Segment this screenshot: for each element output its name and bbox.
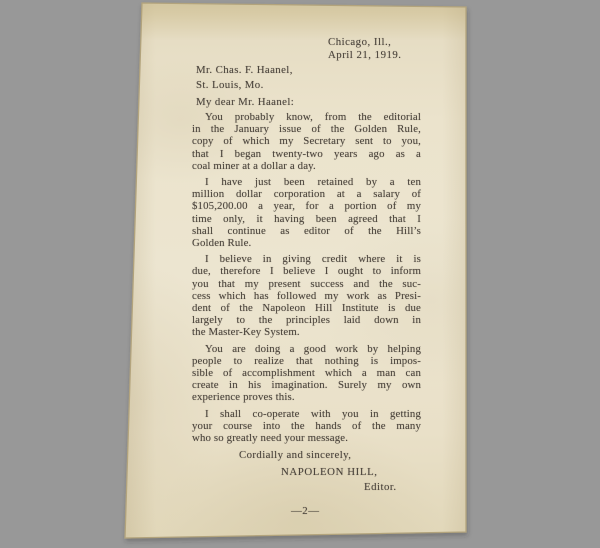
paragraph-line: I shall co-operate with you in getting <box>192 408 421 420</box>
page-number: —2— <box>291 505 320 517</box>
paragraph-line: time only, it having been agreed that I <box>192 213 421 225</box>
paragraph: I have just been retained by a tenmillio… <box>192 176 421 249</box>
paragraph: I believe in giving credit where it isdu… <box>192 253 421 338</box>
dateline: Chicago, Ill., April 21, 1919. <box>328 36 401 62</box>
paragraph-line: sible of accomplishment which a man can <box>192 367 421 379</box>
letter-body: You probably know, from the editorialin … <box>192 111 421 448</box>
paragraph-line: You probably know, from the editorial <box>192 111 421 123</box>
paragraph-line: you that my present success and the suc- <box>192 278 421 290</box>
paragraph-line: $105,200.00 a year, for a portion of my <box>192 200 421 212</box>
paragraph-line: people to realize that nothing is impos- <box>192 355 421 367</box>
paragraph-line: the Master-Key System. <box>192 326 421 338</box>
paragraph-line: I believe in giving credit where it is <box>192 253 421 265</box>
paragraph-line: in the January issue of the Golden Rule, <box>192 123 421 135</box>
paragraph-line: who so greatly need your message. <box>192 432 421 444</box>
paragraph-line: create in his imagination. Surely my own <box>192 379 421 391</box>
paragraph-line: cess which has followed my work as Presi… <box>192 290 421 302</box>
signature-name: NAPOLEON HILL, <box>281 466 378 478</box>
recipient-name: Mr. Chas. F. Haanel, <box>196 63 293 78</box>
paragraph-line: shall continue as editor of the Hill’s <box>192 225 421 237</box>
closing: Cordially and sincerely, <box>239 449 351 461</box>
paragraph-line: million dollar corporation at a salary o… <box>192 188 421 200</box>
signature-title: Editor. <box>364 481 397 493</box>
dateline-date: April 21, 1919. <box>328 49 401 62</box>
paragraph-line: coal miner at a dollar a day. <box>192 160 421 172</box>
paragraph: You are doing a good work by helpingpeop… <box>192 343 421 404</box>
recipient-address: St. Louis, Mo. <box>196 78 293 93</box>
paragraph-line: I have just been retained by a ten <box>192 176 421 188</box>
paragraph-line: Golden Rule. <box>192 237 421 249</box>
paragraph-line: due, therefore I believe I ought to info… <box>192 265 421 277</box>
dateline-city: Chicago, Ill., <box>328 36 401 49</box>
paragraph-line: your course into the hands of the many <box>192 420 421 432</box>
paragraph: I shall co-operate with you in gettingyo… <box>192 408 421 445</box>
paragraph-line: largely to the principles laid down in <box>192 314 421 326</box>
paragraph: You probably know, from the editorialin … <box>192 111 421 172</box>
paragraph-line: dent of the Napoleon Hill Institute is d… <box>192 302 421 314</box>
salutation: My dear Mr. Haanel: <box>196 96 294 108</box>
paragraph-line: copy of which my Secretary sent to you, <box>192 135 421 147</box>
paragraph-line: experience proves this. <box>192 391 421 403</box>
scan-viewer: Chicago, Ill., April 21, 1919. Mr. Chas.… <box>0 0 600 548</box>
recipient-block: Mr. Chas. F. Haanel, St. Louis, Mo. <box>196 63 293 93</box>
paragraph-line: You are doing a good work by helping <box>192 343 421 355</box>
paragraph-line: that I began twenty-two years ago as a <box>192 148 421 160</box>
